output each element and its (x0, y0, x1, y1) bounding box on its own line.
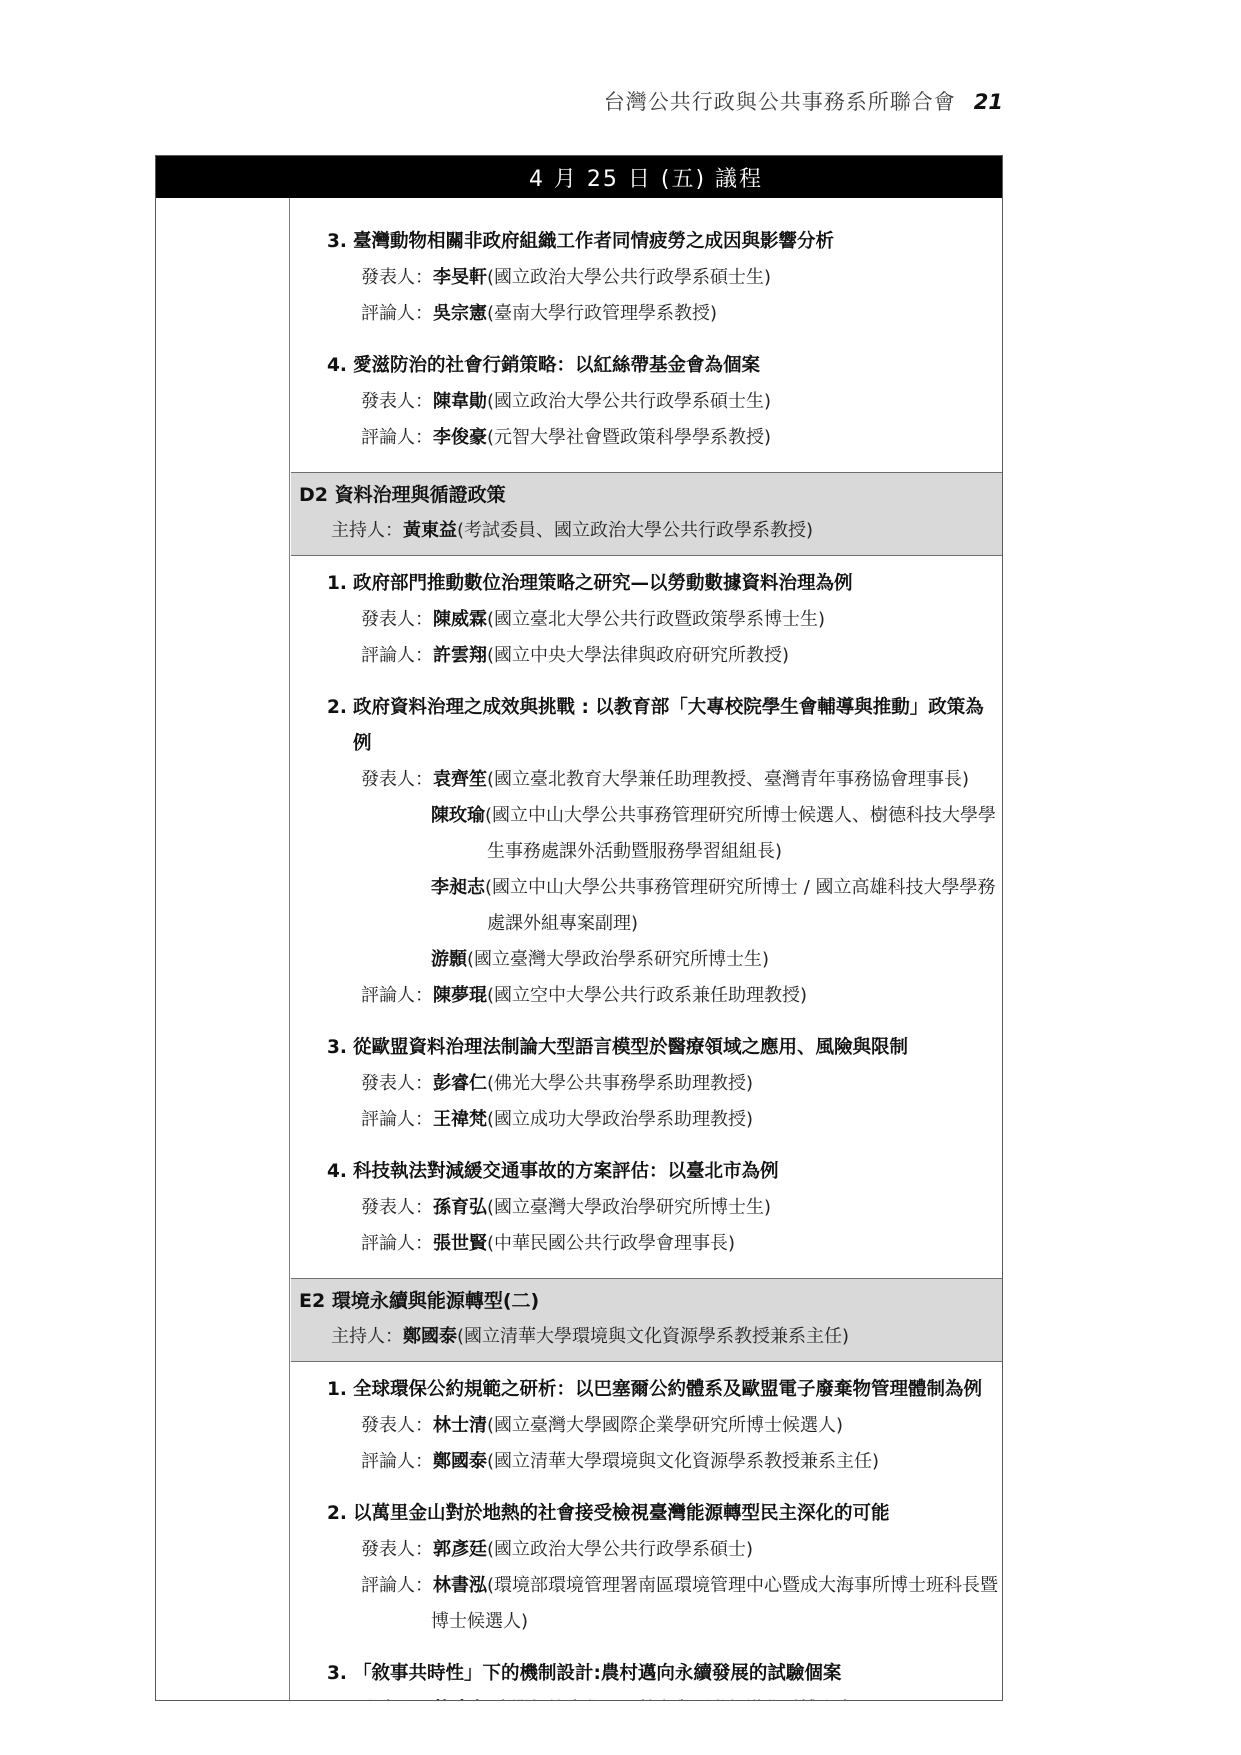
person-affiliation: (國立成功大學政治學系助理教授) (487, 1109, 753, 1130)
person-affiliation: (臺南大學行政管理學系教授) (487, 303, 717, 324)
person-affiliation: (臺灣師範大學公民教育與活動領導學系博士生) (487, 1699, 861, 1700)
person-role: 發表人： (361, 391, 433, 412)
person-name: 張世賢 (433, 1233, 487, 1254)
session-item: 2.以萬里金山對於地熱的社會接受檢視臺灣能源轉型民主深化的可能發表人：郭彥廷(國… (291, 1496, 1002, 1640)
person-name: 陳夢琨 (433, 985, 487, 1006)
item-title-text: 從歐盟資料治理法制論大型語言模型於醫療領域之應用、風險與限制 (353, 1030, 1002, 1066)
person-name: 李旻軒 (433, 267, 487, 288)
person-name: 李俊豪 (433, 427, 487, 448)
person-role: 評論人： (361, 1575, 433, 1596)
person-name: 陳威霖 (433, 609, 487, 630)
person-line: 發表人：陳韋勛(國立政治大學公共行政學系碩士生) (291, 384, 1002, 420)
item-number: 2. (327, 1496, 353, 1532)
person-line: 評論人：林書泓(環境部環境管理署南區環境管理中心暨成大海事所博士班科長暨博士候選… (291, 1568, 1002, 1640)
person-affiliation: (國立政治大學公共行政學系碩士生) (487, 391, 771, 412)
session-item: 4.科技執法對減緩交通事故的方案評估：以臺北市為例發表人：孫育弘(國立臺灣大學政… (291, 1154, 1002, 1262)
item-title-line: 3.從歐盟資料治理法制論大型語言模型於醫療領域之應用、風險與限制 (291, 1030, 1002, 1066)
person-role: 發表人： (361, 609, 433, 630)
item-number: 4. (327, 1154, 353, 1190)
person-role: 發表人： (361, 1539, 433, 1560)
chair-affiliation: (考試委員、國立政治大學公共行政學系教授) (457, 520, 813, 541)
person-line: 發表人：林士清(國立臺灣大學國際企業學研究所博士候選人) (291, 1408, 1002, 1444)
person-affiliation: (國立臺灣大學政治學系研究所博士生) (467, 949, 769, 970)
item-title-line: 4.科技執法對減緩交通事故的方案評估：以臺北市為例 (291, 1154, 1002, 1190)
person-line: 發表人：李旻軒(國立政治大學公共行政學系碩士生) (291, 260, 1002, 296)
person-name: 袁齊笙 (433, 769, 487, 790)
person-role: 發表人： (361, 1699, 433, 1700)
item-title-text: 科技執法對減緩交通事故的方案評估：以臺北市為例 (353, 1154, 1002, 1190)
session-item: 1.全球環保公約規範之研析：以巴塞爾公約體系及歐盟電子廢棄物管理體制為例發表人：… (291, 1372, 1002, 1480)
person-role: 評論人： (361, 645, 433, 666)
item-title-line: 4.愛滋防治的社會行銷策略：以紅絲帶基金會為個案 (291, 348, 1002, 384)
person-line: 發表人：孫育弘(國立臺灣大學政治學研究所博士生) (291, 1190, 1002, 1226)
person-role: 發表人： (361, 267, 433, 288)
person-line: 發表人：郭彥廷(國立政治大學公共行政學系碩士) (291, 1532, 1002, 1568)
item-number: 3. (327, 1656, 353, 1692)
person-line: 發表人：賴建宏(臺灣師範大學公民教育與活動領導學系博士生) (291, 1692, 1002, 1700)
agenda-date-title: 4 月 25 日 (五) 議程 (290, 162, 1002, 193)
person-affiliation: (國立中山大學公共事務管理研究所博士 / 國立高雄科技大學學務處課外組專案副理) (485, 877, 996, 934)
person-line: 評論人：張世賢(中華民國公共行政學會理事長) (291, 1226, 1002, 1262)
item-number: 3. (327, 224, 353, 260)
person-name: 林士清 (433, 1415, 487, 1436)
chair-name: 黃東益 (403, 520, 457, 541)
person-name: 鄭國泰 (433, 1451, 487, 1472)
item-title-text: 臺灣動物相關非政府組織工作者同情疲勞之成因與影響分析 (353, 224, 1002, 260)
person-name: 郭彥廷 (433, 1539, 487, 1560)
section-band: D2 資料治理與循證政策主持人：黃東益(考試委員、國立政治大學公共行政學系教授) (291, 472, 1002, 556)
item-title-text: 「敘事共時性」下的機制設計:農村邁向永續發展的試驗個案 (353, 1656, 1002, 1692)
person-affiliation: (國立空中大學公共行政系兼任助理教授) (487, 985, 807, 1006)
person-line: 評論人：吳宗憲(臺南大學行政管理學系教授) (291, 296, 1002, 332)
person-line: 評論人：李俊豪(元智大學社會暨政策科學學系教授) (291, 420, 1002, 456)
item-title-line: 3.臺灣動物相關非政府組織工作者同情疲勞之成因與影響分析 (291, 224, 1002, 260)
section-label: D2 資料治理與循證政策 (291, 477, 1002, 513)
agenda-left-column (156, 198, 290, 1700)
document-header-title: 台灣公共行政與公共事務系所聯合會 (604, 86, 956, 116)
page-number: 21 (974, 90, 1003, 114)
person-role: 評論人： (361, 1233, 433, 1254)
person-role: 發表人： (361, 1073, 433, 1094)
session-item: 4.愛滋防治的社會行銷策略：以紅絲帶基金會為個案發表人：陳韋勛(國立政治大學公共… (291, 348, 1002, 456)
person-name: 李昶志 (431, 877, 485, 898)
item-title-line: 2.以萬里金山對於地熱的社會接受檢視臺灣能源轉型民主深化的可能 (291, 1496, 1002, 1532)
person-affiliation: (環境部環境管理署南區環境管理中心暨成大海事所博士班科長暨博士候選人) (431, 1575, 998, 1632)
person-role: 發表人： (361, 1415, 433, 1436)
session-item: 3.臺灣動物相關非政府組織工作者同情疲勞之成因與影響分析發表人：李旻軒(國立政治… (291, 224, 1002, 332)
session-item: 3.從歐盟資料治理法制論大型語言模型於醫療領域之應用、風險與限制發表人：彭睿仁(… (291, 1030, 1002, 1138)
person-role: 發表人： (361, 1197, 433, 1218)
person-line: 發表人：彭睿仁(佛光大學公共事務學系助理教授) (291, 1066, 1002, 1102)
item-title-text: 以萬里金山對於地熱的社會接受檢視臺灣能源轉型民主深化的可能 (353, 1496, 1002, 1532)
person-name: 彭睿仁 (433, 1073, 487, 1094)
person-line: 評論人：鄭國泰(國立清華大學環境與文化資源學系教授兼系主任) (291, 1444, 1002, 1480)
session-item: 1.政府部門推動數位治理策略之研究—以勞動數據資料治理為例發表人：陳威霖(國立臺… (291, 566, 1002, 674)
person-role: 評論人： (361, 427, 433, 448)
agenda-body: 3.臺灣動物相關非政府組織工作者同情疲勞之成因與影響分析發表人：李旻軒(國立政治… (291, 198, 1002, 1700)
person-name: 林書泓 (433, 1575, 487, 1596)
item-title-line: 3.「敘事共時性」下的機制設計:農村邁向永續發展的試驗個案 (291, 1656, 1002, 1692)
page-header: 台灣公共行政與公共事務系所聯合會 21 (604, 86, 1003, 116)
person-affiliation: (中華民國公共行政學會理事長) (487, 1233, 735, 1254)
person-affiliation: (國立政治大學公共行政學系碩士生) (487, 267, 771, 288)
person-role: 評論人： (361, 1109, 433, 1130)
person-name: 游顥 (431, 949, 467, 970)
person-line: 評論人：陳夢琨(國立空中大學公共行政系兼任助理教授) (291, 978, 1002, 1014)
person-name: 孫育弘 (433, 1197, 487, 1218)
person-affiliation: (國立中山大學公共事務管理研究所博士候選人、樹德科技大學學生事務處課外活動暨服務… (485, 805, 996, 862)
person-affiliation: (佛光大學公共事務學系助理教授) (487, 1073, 753, 1094)
item-title-text: 全球環保公約規範之研析：以巴塞爾公約體系及歐盟電子廢棄物管理體制為例 (353, 1372, 1002, 1408)
item-title-line: 1.政府部門推動數位治理策略之研究—以勞動數據資料治理為例 (291, 566, 1002, 602)
person-line: 發表人：陳威霖(國立臺北大學公共行政暨政策學系博士生) (291, 602, 1002, 638)
person-affiliation: (國立臺北教育大學兼任助理教授、臺灣青年事務協會理事長) (487, 769, 969, 790)
agenda-table: 4 月 25 日 (五) 議程 3.臺灣動物相關非政府組織工作者同情疲勞之成因與… (155, 155, 1003, 1701)
person-affiliation: (國立臺灣大學國際企業學研究所博士候選人) (487, 1415, 843, 1436)
person-role: 評論人： (361, 303, 433, 324)
session-item: 2.政府資料治理之成效與挑戰 : 以教育部「大專校院學生會輔導與推動」政策為例發… (291, 690, 1002, 1014)
person-affiliation: (國立清華大學環境與文化資源學系教授兼系主任) (487, 1451, 879, 1472)
person-name: 許雲翔 (433, 645, 487, 666)
person-line: 陳玫瑜(國立中山大學公共事務管理研究所博士候選人、樹德科技大學學生事務處課外活動… (291, 798, 1002, 870)
person-affiliation: (國立臺灣大學政治學研究所博士生) (487, 1197, 771, 1218)
session-chair-line: 主持人：黃東益(考試委員、國立政治大學公共行政學系教授) (291, 513, 1002, 549)
person-line: 評論人：許雲翔(國立中央大學法律與政府研究所教授) (291, 638, 1002, 674)
item-title-text: 愛滋防治的社會行銷策略：以紅絲帶基金會為個案 (353, 348, 1002, 384)
item-number: 3. (327, 1030, 353, 1066)
person-name: 吳宗憲 (433, 303, 487, 324)
item-number: 2. (327, 690, 353, 762)
person-affiliation: (國立政治大學公共行政學系碩士) (487, 1539, 753, 1560)
person-line: 李昶志(國立中山大學公共事務管理研究所博士 / 國立高雄科技大學學務處課外組專案… (291, 870, 1002, 942)
agenda-table-header: 4 月 25 日 (五) 議程 (156, 156, 1002, 198)
person-affiliation: (元智大學社會暨政策科學學系教授) (487, 427, 771, 448)
person-line: 發表人：袁齊笙(國立臺北教育大學兼任助理教授、臺灣青年事務協會理事長) (291, 762, 1002, 798)
item-title-text: 政府部門推動數位治理策略之研究—以勞動數據資料治理為例 (353, 566, 1002, 602)
person-name: 王禕梵 (433, 1109, 487, 1130)
person-name: 陳玫瑜 (431, 805, 485, 826)
chair-name: 鄭國泰 (403, 1326, 457, 1347)
person-line: 評論人：王禕梵(國立成功大學政治學系助理教授) (291, 1102, 1002, 1138)
person-line: 游顥(國立臺灣大學政治學系研究所博士生) (291, 942, 1002, 978)
item-number: 1. (327, 566, 353, 602)
session-chair-line: 主持人：鄭國泰(國立清華大學環境與文化資源學系教授兼系主任) (291, 1319, 1002, 1355)
person-affiliation: (國立臺北大學公共行政暨政策學系博士生) (487, 609, 825, 630)
chair-role: 主持人： (331, 1326, 403, 1347)
session-item: 3.「敘事共時性」下的機制設計:農村邁向永續發展的試驗個案發表人：賴建宏(臺灣師… (291, 1656, 1002, 1700)
section-band: E2 環境永續與能源轉型(二)主持人：鄭國泰(國立清華大學環境與文化資源學系教授… (291, 1278, 1002, 1362)
person-name: 賴建宏 (433, 1699, 487, 1700)
person-name: 陳韋勛 (433, 391, 487, 412)
item-title-line: 2.政府資料治理之成效與挑戰 : 以教育部「大專校院學生會輔導與推動」政策為例 (291, 690, 1002, 762)
person-role: 評論人： (361, 985, 433, 1006)
section-label: E2 環境永續與能源轉型(二) (291, 1283, 1002, 1319)
item-title-line: 1.全球環保公約規範之研析：以巴塞爾公約體系及歐盟電子廢棄物管理體制為例 (291, 1372, 1002, 1408)
person-role: 發表人： (361, 769, 433, 790)
item-title-text: 政府資料治理之成效與挑戰 : 以教育部「大專校院學生會輔導與推動」政策為例 (353, 690, 1002, 762)
person-affiliation: (國立中央大學法律與政府研究所教授) (487, 645, 789, 666)
item-number: 1. (327, 1372, 353, 1408)
item-number: 4. (327, 348, 353, 384)
person-role: 評論人： (361, 1451, 433, 1472)
chair-affiliation: (國立清華大學環境與文化資源學系教授兼系主任) (457, 1326, 849, 1347)
chair-role: 主持人： (331, 520, 403, 541)
